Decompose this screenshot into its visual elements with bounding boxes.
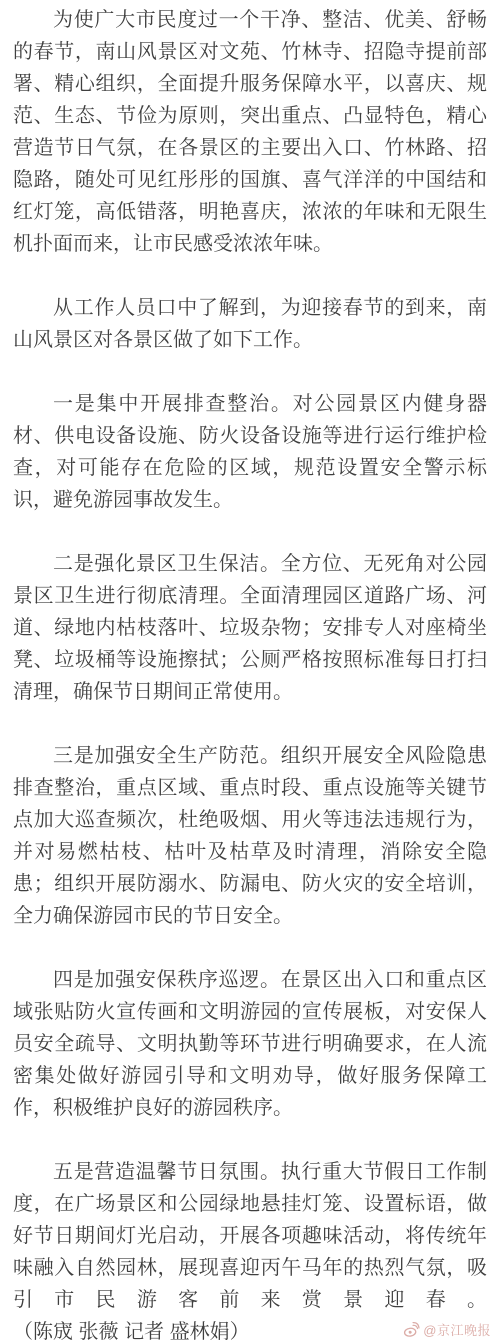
weibo-logo-icon	[402, 1321, 421, 1338]
article-paragraph: 二是强化景区卫生保洁。全方位、无死角对公园景区卫生进行彻底清理。全面清理园区道路…	[13, 548, 487, 708]
watermark-handle: @京江晚报	[423, 1320, 491, 1339]
article-paragraph: 五是营造温馨节日氛围。执行重大节假日工作制度，在广场景区和公园绿地悬挂灯笼、设置…	[13, 1156, 487, 1316]
article-paragraph: 为使广大市民度过一个干净、整洁、优美、舒畅的春节，南山风景区对文苑、竹林寺、招隐…	[13, 4, 487, 260]
article-paragraph: 四是加强安保秩序巡逻。在景区出入口和重点区域张贴防火宣传画和文明游园的宣传展板，…	[13, 964, 487, 1124]
article-paragraph: 从工作人员口中了解到，为迎接春节的到来，南山风景区对各景区做了如下工作。	[13, 292, 487, 356]
article-body: 为使广大市民度过一个干净、整洁、优美、舒畅的春节，南山风景区对文苑、竹林寺、招隐…	[0, 0, 500, 1344]
article-paragraph: 三是加强安全生产防范。组织开展安全风险隐患排查整治，重点区域、重点时段、重点设施…	[13, 740, 487, 932]
watermark: @京江晚报	[403, 1320, 491, 1339]
article-paragraph: 一是集中开展排查整治。对公园景区内健身器材、供电设备设施、防火设备设施等进行运行…	[13, 388, 487, 516]
